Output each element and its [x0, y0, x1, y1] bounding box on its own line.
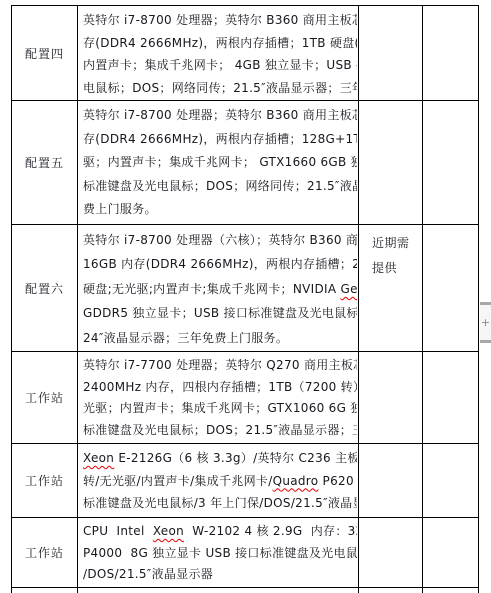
spec-line: 标准键盘及光电鼠标/3 年上门保/DOS/21.5″液晶显示器: [83, 492, 357, 515]
spec-line: 英特尔 i7-8700 处理器；英特尔 B360 商用主板芯片组；16GB 内: [83, 9, 357, 32]
spec-line: 存(DDR4 2666MHz)，两根内存插槽；128G+1TB(7200 转) …: [83, 128, 357, 152]
note-cell: [359, 444, 423, 517]
table-row: 配置五英特尔 i7-8700 处理器；英特尔 B360 商用主板芯片组；16GB…: [12, 101, 479, 225]
empty-cell: [423, 518, 479, 587]
spec-line: 光驱；内置声卡；集成千兆网卡；GTX1060 6G 独立显卡；USB 接口: [83, 398, 357, 420]
table-row-partial: [12, 588, 479, 593]
note-cell: [359, 588, 423, 593]
empty-cell: [423, 444, 479, 517]
spec-description-cell: 英特尔 i7-8700 处理器（六核）；英特尔 B360 商用主板芯片组；16G…: [78, 225, 359, 351]
spec-description-cell: Xeon E-2126G（6 核 3.3g）/英特尔 C236 主板/8G 26…: [78, 444, 359, 517]
spec-description-cell: 英特尔 i7-8700 处理器；英特尔 B360 商用主板芯片组；16GB 内存…: [78, 101, 359, 224]
note-cell: [359, 101, 423, 224]
note-cell: 近期需提供: [359, 225, 423, 351]
note-line: 近期需: [372, 231, 422, 256]
misspelled-word: Xeon: [153, 524, 184, 538]
table-row: 配置四英特尔 i7-8700 处理器；英特尔 B360 商用主板芯片组；16GB…: [12, 6, 479, 101]
misspelled-word: Quadro: [273, 474, 319, 488]
table-row: 工作站英特尔 i7-7700 处理器；英特尔 Q270 商用主板芯片组；16GB…: [12, 352, 479, 444]
empty-cell: [423, 101, 479, 224]
table-row: 工作站Xeon E-2126G（6 核 3.3g）/英特尔 C236 主板/8G…: [12, 444, 479, 518]
spec-line: 16GB 内存(DDR4 2666MHz)，两根内存插槽；256G SSD+1T…: [83, 252, 357, 276]
spec-line: P4000 8G 独立显卡 USB 接口标准键盘及光电鼠标/3 年上门保: [83, 543, 357, 565]
empty-cell: [423, 588, 479, 593]
spec-line: 驱；内置声卡；集成千兆网卡； GTX1660 6GB 独立显卡；USB 接口: [83, 151, 357, 175]
config-label-cell: 工作站: [12, 352, 78, 443]
config-label-cell: 配置五: [12, 101, 78, 224]
config-label: 配置四: [25, 45, 64, 62]
note-line: 提供: [372, 256, 422, 281]
spec-description-cell: 英特尔 i7-7700 处理器；英特尔 Q270 商用主板芯片组；16GB240…: [78, 352, 359, 443]
config-label: 配置六: [25, 280, 64, 297]
spec-line: 费上门服务。: [83, 198, 357, 222]
spec-description-cell: 英特尔 i7-8700 处理器；英特尔 B360 商用主板芯片组；16GB 内存…: [78, 6, 359, 100]
config-label-cell: 配置四: [12, 6, 78, 100]
spec-line: GDDR5 独立显卡；USB 接口标准键盘及光电鼠标；DOS；网络同传；: [83, 301, 357, 325]
table-row: 工作站CPU Intel Xeon W-2102 4 核 2.9G 内存：32G…: [12, 518, 479, 588]
config-label-cell: 工作站: [12, 518, 78, 587]
table-row: 配置六英特尔 i7-8700 处理器（六核）；英特尔 B360 商用主板芯片组；…: [12, 225, 479, 352]
spec-line: 英特尔 i7-8700 处理器（六核）；英特尔 B360 商用主板芯片组；: [83, 228, 357, 252]
spec-line: 2400MHz 内存，四根内存插槽；1TB（7200 转）+128G SSD 硬…: [83, 377, 357, 399]
config-label-cell: [12, 588, 78, 593]
spec-line: 英特尔 i7-7700 处理器；英特尔 Q270 商用主板芯片组；16GB: [83, 355, 357, 377]
note-cell: [359, 352, 423, 443]
config-label-cell: 配置六: [12, 225, 78, 351]
spec-line: /DOS/21.5″液晶显示器: [83, 564, 357, 586]
plus-icon: +: [481, 317, 490, 328]
scroll-plus-button[interactable]: +: [480, 302, 491, 343]
spec-line: 24″液晶显示器；三年免费上门服务。: [83, 326, 357, 350]
spec-line: 转/无光驱/内置声卡/集成千兆网卡/Quadro P620 2G 显存/USB …: [83, 470, 357, 493]
config-label: 工作站: [25, 472, 64, 489]
spec-line: 硬盘;无光驱;内置声卡;集成千兆网卡；NVIDIA GeForce GTX 8G…: [83, 277, 357, 301]
document-page: 配置四英特尔 i7-8700 处理器；英特尔 B360 商用主板芯片组；16GB…: [0, 0, 491, 593]
spec-line: 内置声卡；集成千兆网卡； 4GB 独立显卡；USB 接口标准键盘及光: [83, 54, 357, 77]
empty-cell: [423, 6, 479, 100]
note-cell: [359, 518, 423, 587]
misspelled-word: GeForce: [340, 282, 357, 296]
empty-cell: [423, 352, 479, 443]
spec-line: 电鼠标；DOS；网络同传；21.5″液晶显示器；三年免费上门服务。: [83, 77, 357, 100]
spec-description-cell: CPU Intel Xeon W-2102 4 核 2.9G 内存：32G 1T…: [78, 518, 359, 587]
config-label: 配置五: [25, 154, 64, 171]
spec-description-cell: [78, 588, 359, 593]
spec-line: 标准键盘及光电鼠标；DOS；网络同传；21.5″液晶显示器；三年免: [83, 175, 357, 199]
config-label: 工作站: [25, 389, 64, 406]
spec-line: 存(DDR4 2666MHz)，两根内存插槽；1TB 硬盘(7200 转)；无光…: [83, 32, 357, 55]
empty-cell: [423, 225, 479, 351]
misspelled-word: Xeon: [83, 451, 114, 465]
spec-line: 英特尔 i7-8700 处理器；英特尔 B360 商用主板芯片组；16GB 内: [83, 104, 357, 128]
config-label-cell: 工作站: [12, 444, 78, 517]
spec-line: Xeon E-2126G（6 核 3.3g）/英特尔 C236 主板/8G 26…: [83, 447, 357, 470]
config-label: 工作站: [25, 544, 64, 561]
spec-table: 配置四英特尔 i7-8700 处理器；英特尔 B360 商用主板芯片组；16GB…: [11, 5, 479, 593]
spec-line: 标准键盘及光电鼠标；DOS；21.5″液晶显示器；三年免费上门: [83, 420, 357, 442]
spec-line: CPU Intel Xeon W-2102 4 核 2.9G 内存：32G 1T…: [83, 521, 357, 543]
note-cell: [359, 6, 423, 100]
